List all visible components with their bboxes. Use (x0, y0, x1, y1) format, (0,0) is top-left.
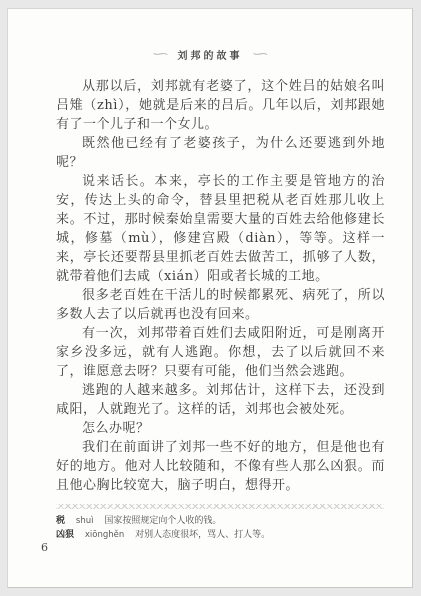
footnote-row: 凶狠 xiōnghěn 对别人态度很坏，骂人、打人等。 (56, 528, 384, 542)
paragraph: 说来话长。本来，亭长的工作主要是管地方的治安，传达上头的命令，替县里把税从老百姓… (56, 172, 385, 286)
page-number: 6 (41, 541, 48, 554)
paragraph: 很多老百姓在干活儿的时候都累死、病死了，所以多数人去了以后就再也没有回来。 (56, 286, 385, 324)
flourish-right-icon: ∽ (251, 48, 270, 61)
vocabulary-footnotes: 税 shuì 国家按照规定向个人收的钱。 凶狠 xiōnghěn 对别人态度很坏… (56, 514, 384, 542)
scanned-book-page: ∽ 刘邦的故事 ∽ 从那以后，刘邦就有老婆了，这个姓吕的姑娘名叫吕雉（zhì），… (0, 0, 421, 596)
footnote-row: 税 shuì 国家按照规定向个人收的钱。 (56, 514, 384, 528)
footnote-pinyin: xiōnghěn (85, 530, 124, 540)
wavy-footnote-divider (56, 504, 384, 509)
paragraph: 从那以后，刘邦就有老婆了，这个姓吕的姑娘名叫吕雉（zhì），她就是后来的吕后。几… (56, 77, 385, 134)
paper-page: ∽ 刘邦的故事 ∽ 从那以后，刘邦就有老婆了，这个姓吕的姑娘名叫吕雉（zhì），… (7, 8, 413, 588)
paragraph: 有一次，刘邦带着百姓们去咸阳附近，可是刚离开家乡没多远，就有人逃跑。你想，去了以… (56, 324, 385, 381)
paragraph: 既然他已经有了老婆孩子，为什么还要逃到外地呢？ (56, 134, 385, 172)
footnote-pinyin: shuì (76, 516, 94, 526)
paragraph: 逃跑的人越来越多。刘邦估计，这样下去，还没到咸阳，人就跑光了。这样的话，刘邦也会… (56, 381, 385, 419)
story-body: 从那以后，刘邦就有老婆了，这个姓吕的姑娘名叫吕雉（zhì），她就是后来的吕后。几… (56, 77, 385, 495)
chapter-title: 刘邦的故事 (178, 47, 243, 62)
paragraph: 怎么办呢？ (56, 419, 385, 438)
footnote-definition: 对别人态度很坏，骂人、打人等。 (135, 530, 270, 540)
flourish-left-icon: ∽ (151, 48, 170, 61)
footnote-definition: 国家按照规定向个人收的钱。 (104, 516, 221, 526)
footnote-term: 税 (56, 516, 65, 526)
running-header: ∽ 刘邦的故事 ∽ (8, 47, 412, 62)
paragraph: 我们在前面讲了刘邦一些不好的地方，但是他也有好的地方。他对人比较随和，不像有些人… (56, 438, 385, 495)
footnote-term: 凶狠 (56, 530, 74, 540)
